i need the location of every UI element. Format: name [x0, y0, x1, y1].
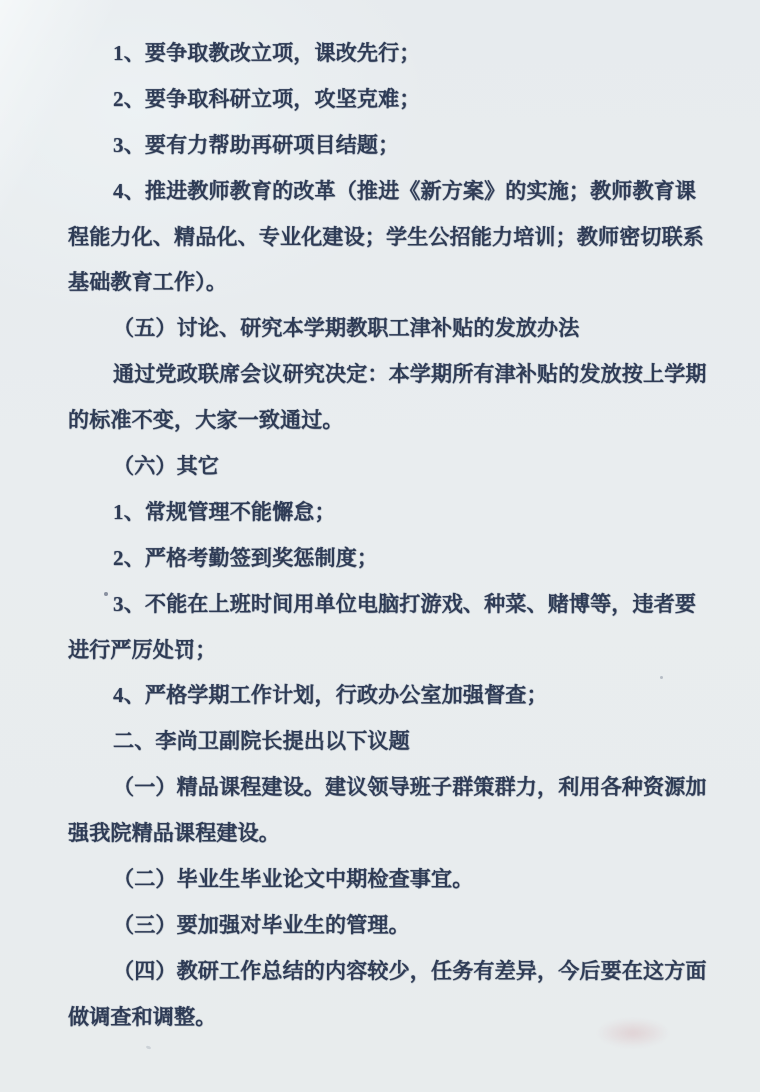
document-line: 基础教育工作）。 [68, 260, 708, 306]
document-line: 4、严格学期工作计划，行政办公室加强督查； [68, 673, 708, 719]
document-line: 做调查和调整。 [68, 995, 708, 1041]
document-line: （五）讨论、研究本学期教职工津补贴的发放办法 [68, 306, 708, 352]
document-line: 3、不能在上班时间用单位电脑打游戏、种菜、赌博等，违者要 [68, 582, 708, 628]
document-line: （六）其它 [68, 444, 708, 490]
document-line: （二）毕业生毕业论文中期检查事宜。 [68, 857, 708, 903]
document-line: 进行严厉处罚； [68, 628, 708, 674]
document-line: 1、常规管理不能懈怠； [68, 490, 708, 536]
document-line: 4、推进教师教育的改革（推进《新方案》的实施；教师教育课 [68, 169, 708, 215]
document-line: 1、要争取教改立项，课改先行； [68, 31, 708, 77]
document-line: （三）要加强对毕业生的管理。 [68, 903, 708, 949]
document-line: （四）教研工作总结的内容较少，任务有差异，今后要在这方面 [68, 949, 708, 995]
document-line: 强我院精品课程建设。 [68, 811, 708, 857]
document-line: 2、严格考勤签到奖惩制度； [68, 536, 708, 582]
document-line: 通过党政联席会议研究决定：本学期所有津补贴的发放按上学期 [68, 352, 708, 398]
document-line: （一）精品课程建设。建议领导班子群策群力，利用各种资源加 [68, 765, 708, 811]
scan-speck [146, 1045, 152, 1050]
scanned-document-page: 1、要争取教改立项，课改先行；2、要争取科研立项，攻坚克难；3、要有力帮助再研项… [0, 0, 760, 1092]
document-line: 的标准不变，大家一致通过。 [68, 398, 708, 444]
document-line: 程能力化、精品化、专业化建设；学生公招能力培训；教师密切联系 [68, 215, 708, 261]
document-line: 二、李尚卫副院长提出以下议题 [68, 719, 708, 765]
document-body: 1、要争取教改立项，课改先行；2、要争取科研立项，攻坚克难；3、要有力帮助再研项… [68, 31, 708, 1041]
document-line: 3、要有力帮助再研项目结题； [68, 123, 708, 169]
document-line: 2、要争取科研立项，攻坚克难； [68, 77, 708, 123]
